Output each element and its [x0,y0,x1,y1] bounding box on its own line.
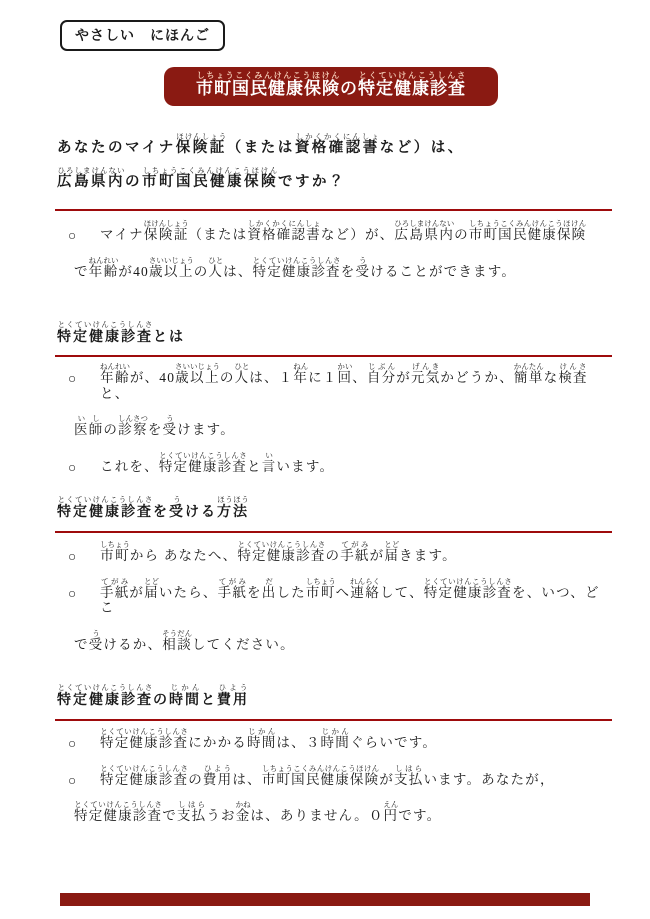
bullet-marker: ○ [68,736,76,752]
banner-title: 市町国民健康保険しちょうこくみんけんこうほけんの特定健康診査とくていけんこうしん… [164,71,498,99]
document-page: やさしい にほんご 市町国民健康保険しちょうこくみんけんこうほけんの特定健康診査… [0,0,650,919]
list-item: ○ 特定健康診査とくていけんこうしんさの費用ひようは、市町国民健康保険しちょうこ… [68,764,613,824]
bullet-text-line: で受うけるか、相談そうだんしてください。 [74,629,613,653]
question-heading-line-1: あなたのマイナ保険証ほけんしょう（または資格確認書しかくかくにんしょなど）は、 [57,132,617,157]
section-3-bullets: ○ 特定健康診査とくていけんこうしんさにかかる時間じかんは、３時間じかんぐらいで… [68,727,613,837]
section-divider [55,719,612,721]
section-time-and-cost: 特定健康診査とくていけんこうしんさの時間じかんと費用ひよう [57,683,617,707]
bullet-text-line: 医師いしの診察しんさつを受うけます。 [74,414,613,438]
easy-japanese-tag: やさしい にほんご [60,20,225,51]
footer-bar [60,893,590,906]
list-item: ○ 手紙てがみが届とどいたら、手紙てがみを出だした市町しちょうへ連絡れんらくして… [68,577,613,653]
bullet-text-line: マイナ保険証ほけんしょう（または資格確認書しかくかくにんしょなど）が、広島県内ひ… [100,219,613,243]
list-item: ○ 特定健康診査とくていけんこうしんさにかかる時間じかんは、３時間じかんぐらいで… [68,727,613,751]
bullet-text-line: 市町しちょうから あなたへ、特定健康診査とくていけんこうしんさの手紙てがみが届と… [100,540,613,564]
bullet-text-line: 年齢ねんれいが、40歳以上さいいじょうの人ひとは、１年ねんに１回かい、自分じぶん… [100,362,613,401]
bullet-marker: ○ [68,371,76,387]
question-heading-line-2: 広島県内ひろしまけんないの市町国民健康保険しちょうこくみんけんこうほけんですか？ [57,166,617,191]
bullet-text-line: 特定健康診査とくていけんこうしんさで支払しはらうお金かねは、ありません。０円えん… [74,800,613,824]
bullet-marker: ○ [68,228,76,244]
bullet-marker: ○ [68,549,76,565]
section-2-bullets: ○ 市町しちょうから あなたへ、特定健康診査とくていけんこうしんさの手紙てがみが… [68,540,613,665]
list-item: ○ 市町しちょうから あなたへ、特定健康診査とくていけんこうしんさの手紙てがみが… [68,540,613,564]
section-divider [55,531,612,533]
bullet-text-line: 特定健康診査とくていけんこうしんさの費用ひようは、市町国民健康保険しちょうこくみ… [100,764,613,788]
list-item: ○ マイナ保険証ほけんしょう（または資格確認書しかくかくにんしょなど）が、広島県… [68,219,613,279]
section-divider [55,355,612,357]
section-divider [55,209,612,211]
bullet-marker: ○ [68,460,76,476]
bullet-text-line: 特定健康診査とくていけんこうしんさにかかる時間じかんは、３時間じかんぐらいです。 [100,727,613,751]
section-how-to-receive: 特定健康診査とくていけんこうしんさを受うける方法ほうほう [57,495,617,519]
title-banner: 市町国民健康保険しちょうこくみんけんこうほけんの特定健康診査とくていけんこうしん… [164,67,498,106]
bullet-marker: ○ [68,586,76,602]
bullet-text-line: これを、特定健康診査とくていけんこうしんさと言いいます。 [100,451,613,475]
bullet-text-line: で年齢ねんれいが40歳以上さいいじょうの人ひとは、特定健康診査とくていけんこうし… [74,256,613,280]
section-title: 特定健康診査とくていけんこうしんさを受うける方法ほうほう [57,495,617,519]
list-item: ○ 年齢ねんれいが、40歳以上さいいじょうの人ひとは、１年ねんに１回かい、自分じ… [68,362,613,438]
list-item: ○ これを、特定健康診査とくていけんこうしんさと言いいます。 [68,451,613,475]
question-heading: あなたのマイナ保険証ほけんしょう（または資格確認書しかくかくにんしょなど）は、 … [57,132,617,199]
section-1-bullets: ○ 年齢ねんれいが、40歳以上さいいじょうの人ひとは、１年ねんに１回かい、自分じ… [68,362,613,487]
section-title: 特定健康診査とくていけんこうしんさの時間じかんと費用ひよう [57,683,617,707]
bullet-text-line: 手紙てがみが届とどいたら、手紙てがみを出だした市町しちょうへ連絡れんらくして、特… [100,577,613,616]
bullet-marker: ○ [68,773,76,789]
section-what-is-checkup: 特定健康診査とくていけんこうしんさとは [57,320,617,344]
section-title: 特定健康診査とくていけんこうしんさとは [57,320,617,344]
intro-bullets: ○ マイナ保険証ほけんしょう（または資格確認書しかくかくにんしょなど）が、広島県… [68,219,613,292]
